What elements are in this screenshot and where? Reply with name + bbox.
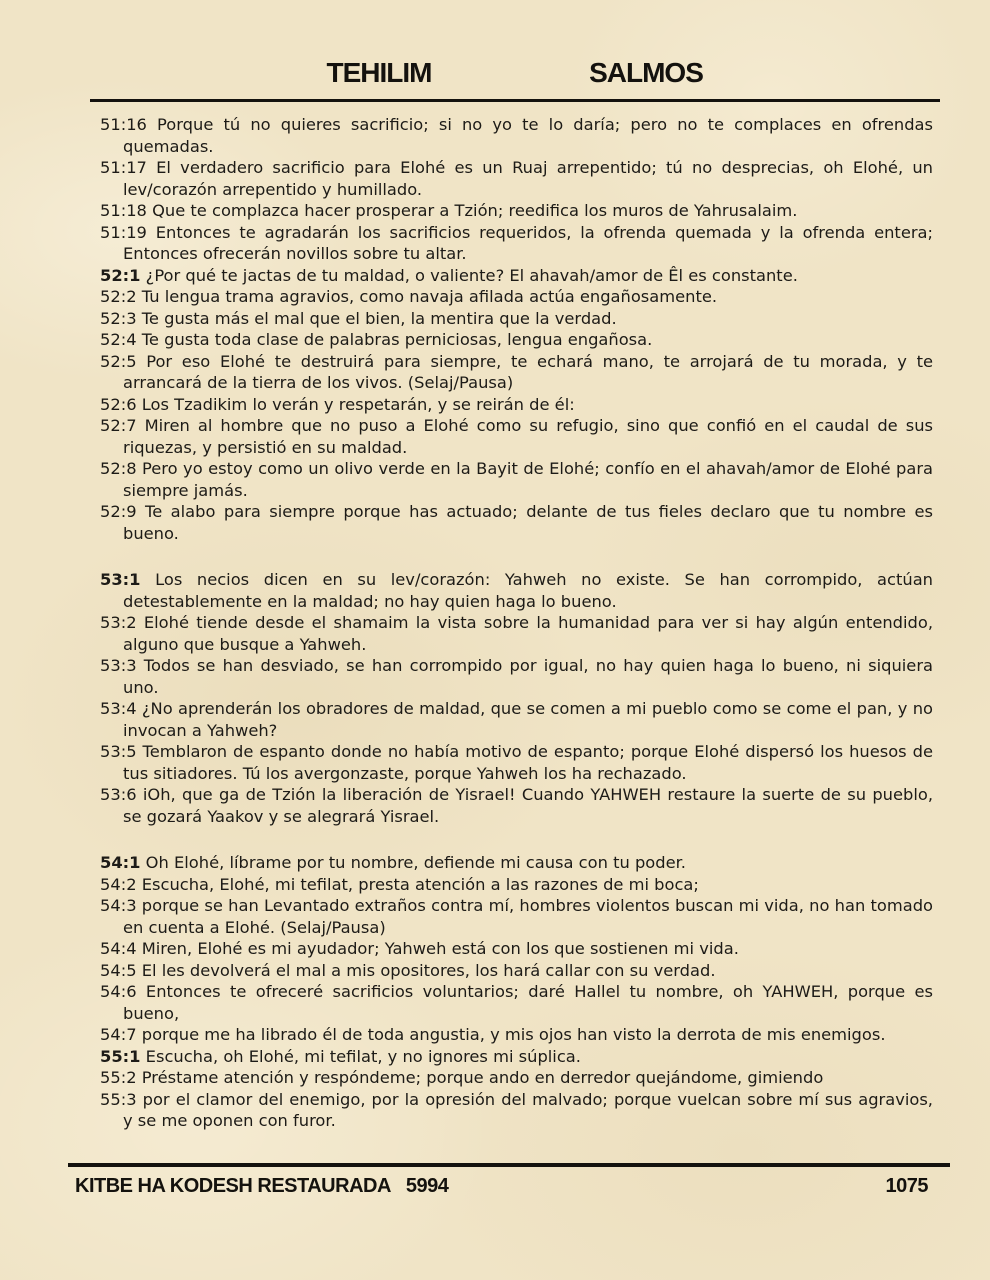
verse-body: Porque tú no quieres sacrificio; si no y… <box>123 115 933 156</box>
verse-line: 52:8 Pero yo estoy como un olivo verde e… <box>100 458 933 501</box>
verse-line: 52:4 Te gusta toda clase de palabras per… <box>100 329 933 351</box>
verse-line: 54:1 Oh Elohé, líbrame por tu nombre, de… <box>100 852 933 874</box>
verse-line: 51:16 Porque tú no quieres sacrificio; s… <box>100 114 933 157</box>
verse-line: 52:7 Miren al hombre que no puso a Elohé… <box>100 415 933 458</box>
verse-line: 51:19 Entonces te agradarán los sacrific… <box>100 222 933 265</box>
verse-body: ¿No aprenderán los obradores de maldad, … <box>123 699 933 740</box>
verse-body: El les devolverá el mal a mis opositores… <box>137 961 716 980</box>
verse-body: Miren al hombre que no puso a Elohé como… <box>123 416 933 457</box>
verse-number: 52:3 <box>100 309 137 328</box>
footer-edition-year: 5994 <box>406 1175 449 1197</box>
verse-body: Elohé tiende desde el shamaim la vista s… <box>123 613 933 654</box>
verse-body: Te alabo para siempre porque has actuado… <box>123 502 933 543</box>
verse-line: 53:2 Elohé tiende desde el shamaim la vi… <box>100 612 933 655</box>
verse-body: Entonces te agradarán los sacrificios re… <box>123 223 933 264</box>
verse-line: 53:4 ¿No aprenderán los obradores de mal… <box>100 698 933 741</box>
verse-number: 53:3 <box>100 656 137 675</box>
verse-number: 52:9 <box>100 502 137 521</box>
verse-line: 55:3 por el clamor del enemigo, por la o… <box>100 1089 933 1132</box>
verse-line: 52:9 Te alabo para siempre porque has ac… <box>100 501 933 544</box>
verse-number: 51:18 <box>100 201 147 220</box>
verse-body: El verdadero sacrificio para Elohé es un… <box>123 158 933 199</box>
verse-body: iOh, que ga de Tzión la liberación de Yi… <box>123 785 933 826</box>
verse-number: 51:16 <box>100 115 147 134</box>
verse-line: 53:3 Todos se han desviado, se han corro… <box>100 655 933 698</box>
verse-number: 54:4 <box>100 939 137 958</box>
footer-edition-title: KITBE HA KODESH RESTAURADA5994 <box>75 1175 448 1198</box>
page-number: 1075 <box>886 1175 929 1198</box>
verse-number: 52:7 <box>100 416 137 435</box>
verse-body: Préstame atención y respóndeme; porque a… <box>137 1068 824 1087</box>
verse-line: 52:6 Los Tzadikim lo verán y respetarán,… <box>100 394 933 416</box>
verse-body: Oh Elohé, líbrame por tu nombre, defiend… <box>141 853 687 872</box>
verse-number: 52:1 <box>100 266 141 285</box>
verse-body: ¿Por qué te jactas de tu maldad, o valie… <box>141 266 798 285</box>
verse-body: Te gusta más el mal que el bien, la ment… <box>137 309 617 328</box>
verse-body: Los Tzadikim lo verán y respetarán, y se… <box>137 395 575 414</box>
verse-line: 52:5 Por eso Elohé te destruirá para sie… <box>100 351 933 394</box>
verse-number: 54:7 <box>100 1025 137 1044</box>
verse-body: Temblaron de espanto donde no había moti… <box>123 742 933 783</box>
verse-number: 54:3 <box>100 896 137 915</box>
verse-number: 53:2 <box>100 613 137 632</box>
verse-body: Escucha, Elohé, mi tefilat, presta atenc… <box>137 875 699 894</box>
header-title-salmos: SALMOS <box>589 57 703 89</box>
header-divider <box>90 99 940 102</box>
verse-body: Te gusta toda clase de palabras pernicio… <box>137 330 653 349</box>
verse-number: 55:3 <box>100 1090 137 1109</box>
verse-number: 53:6 <box>100 785 137 804</box>
document-page: TEHILIM SALMOS 51:16 Porque tú no quiere… <box>0 0 990 1280</box>
verse-line: 52:1 ¿Por qué te jactas de tu maldad, o … <box>100 265 933 287</box>
verse-body: por el clamor del enemigo, por la opresi… <box>123 1090 933 1131</box>
header-title-tehilim: TEHILIM <box>327 57 432 89</box>
verse-body: Los necios dicen en su lev/corazón: Yahw… <box>123 570 933 611</box>
verse-body: Que te complazca hacer prosperar a Tzión… <box>147 201 798 220</box>
verse-line: 53:6 iOh, que ga de Tzión la liberación … <box>100 784 933 827</box>
verse-body: Entonces te ofreceré sacrificios volunta… <box>123 982 933 1023</box>
verse-number: 54:6 <box>100 982 137 1001</box>
verse-number: 51:17 <box>100 158 147 177</box>
verse-line: 53:1 Los necios dicen en su lev/corazón:… <box>100 569 933 612</box>
verse-body: porque me ha librado él de toda angustia… <box>137 1025 886 1044</box>
verse-line: 54:5 El les devolverá el mal a mis oposi… <box>100 960 933 982</box>
verse-body: Tu lengua trama agravios, como navaja af… <box>137 287 717 306</box>
verse-number: 54:5 <box>100 961 137 980</box>
verse-line: 51:17 El verdadero sacrificio para Elohé… <box>100 157 933 200</box>
verse-body: Miren, Elohé es mi ayudador; Yahweh está… <box>137 939 739 958</box>
footer-divider <box>68 1163 950 1167</box>
footer-edition-text: KITBE HA KODESH RESTAURADA <box>75 1175 391 1197</box>
verse-number: 51:19 <box>100 223 147 242</box>
verse-line: 54:4 Miren, Elohé es mi ayudador; Yahweh… <box>100 938 933 960</box>
verse-number: 52:5 <box>100 352 137 371</box>
verse-number: 53:4 <box>100 699 137 718</box>
page-footer: KITBE HA KODESH RESTAURADA5994 1075 <box>75 1175 928 1198</box>
verse-body: Pero yo estoy como un olivo verde en la … <box>123 459 933 500</box>
verse-number: 52:4 <box>100 330 137 349</box>
verse-line: 52:3 Te gusta más el mal que el bien, la… <box>100 308 933 330</box>
verse-number: 55:1 <box>100 1047 141 1066</box>
verse-line: 55:2 Préstame atención y respóndeme; por… <box>100 1067 933 1089</box>
verse-line: 54:7 porque me ha librado él de toda ang… <box>100 1024 933 1046</box>
verse-line: 54:3 porque se han Levantado extraños co… <box>100 895 933 938</box>
verse-line: 54:6 Entonces te ofreceré sacrificios vo… <box>100 981 933 1024</box>
verse-body: Por eso Elohé te destruirá para siempre,… <box>123 352 933 393</box>
verse-line: 52:2 Tu lengua trama agravios, como nava… <box>100 286 933 308</box>
verse-body: Escucha, oh Elohé, mi tefilat, y no igno… <box>141 1047 581 1066</box>
verse-number: 53:5 <box>100 742 137 761</box>
verse-number: 52:6 <box>100 395 137 414</box>
verse-text-block: 51:16 Porque tú no quieres sacrificio; s… <box>100 114 933 1132</box>
verse-body: Todos se han desviado, se han corrompido… <box>123 656 933 697</box>
verse-number: 54:2 <box>100 875 137 894</box>
verse-number: 52:8 <box>100 459 137 478</box>
verse-number: 55:2 <box>100 1068 137 1087</box>
verse-number: 54:1 <box>100 853 141 872</box>
verse-number: 52:2 <box>100 287 137 306</box>
verse-line: 54:2 Escucha, Elohé, mi tefilat, presta … <box>100 874 933 896</box>
verse-line: 51:18 Que te complazca hacer prosperar a… <box>100 200 933 222</box>
verse-body: porque se han Levantado extraños contra … <box>123 896 933 937</box>
verse-line: 55:1 Escucha, oh Elohé, mi tefilat, y no… <box>100 1046 933 1068</box>
verse-line: 53:5 Temblaron de espanto donde no había… <box>100 741 933 784</box>
verse-number: 53:1 <box>100 570 141 589</box>
